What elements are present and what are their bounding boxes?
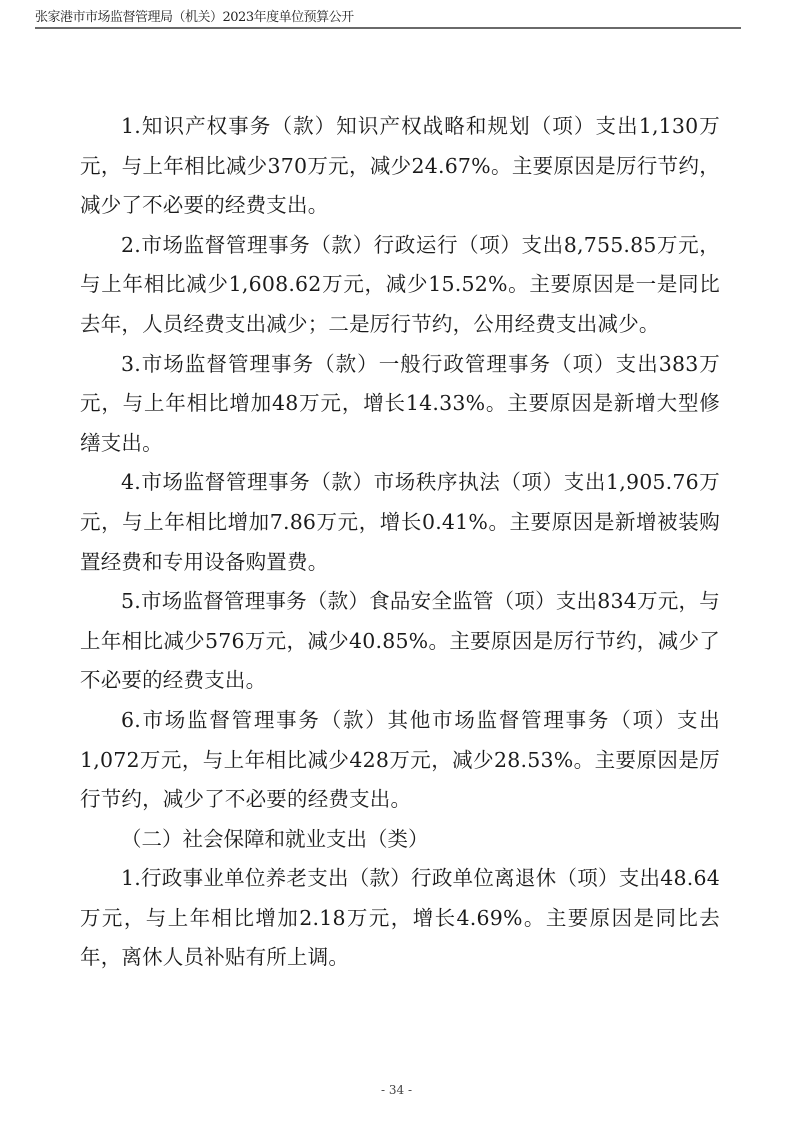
- document-header: 张家港市市场监督管理局（机关）2023年度单位预算公开: [35, 8, 740, 28]
- paragraph-market-order: 4.市场监督管理事务（款）市场秩序执法（项）支出1,905.76万元，与上年相比…: [80, 463, 720, 582]
- paragraph-retirement: 1.行政事业单位养老支出（款）行政单位离退休（项）支出48.64万元，与上年相比…: [80, 859, 720, 978]
- section-heading-social-security: （二）社会保障和就业支出（类）: [80, 820, 720, 860]
- paragraph-food-safety: 5.市场监督管理事务（款）食品安全监管（项）支出834万元，与上年相比减少576…: [80, 582, 720, 701]
- paragraph-admin-operation: 2.市场监督管理事务（款）行政运行（项）支出8,755.85万元，与上年相比减少…: [80, 226, 720, 345]
- header-divider: [35, 27, 741, 29]
- paragraph-ip-strategy: 1.知识产权事务（款）知识产权战略和规划（项）支出1,130万元，与上年相比减少…: [80, 107, 720, 226]
- page-number: - 34 -: [0, 1083, 793, 1097]
- paragraph-other-market: 6.市场监督管理事务（款）其他市场监督管理事务（项）支出1,072万元，与上年相…: [80, 701, 720, 820]
- paragraph-general-admin: 3.市场监督管理事务（款）一般行政管理事务（项）支出383万元，与上年相比增加4…: [80, 345, 720, 464]
- document-body: 1.知识产权事务（款）知识产权战略和规划（项）支出1,130万元，与上年相比减少…: [80, 107, 720, 978]
